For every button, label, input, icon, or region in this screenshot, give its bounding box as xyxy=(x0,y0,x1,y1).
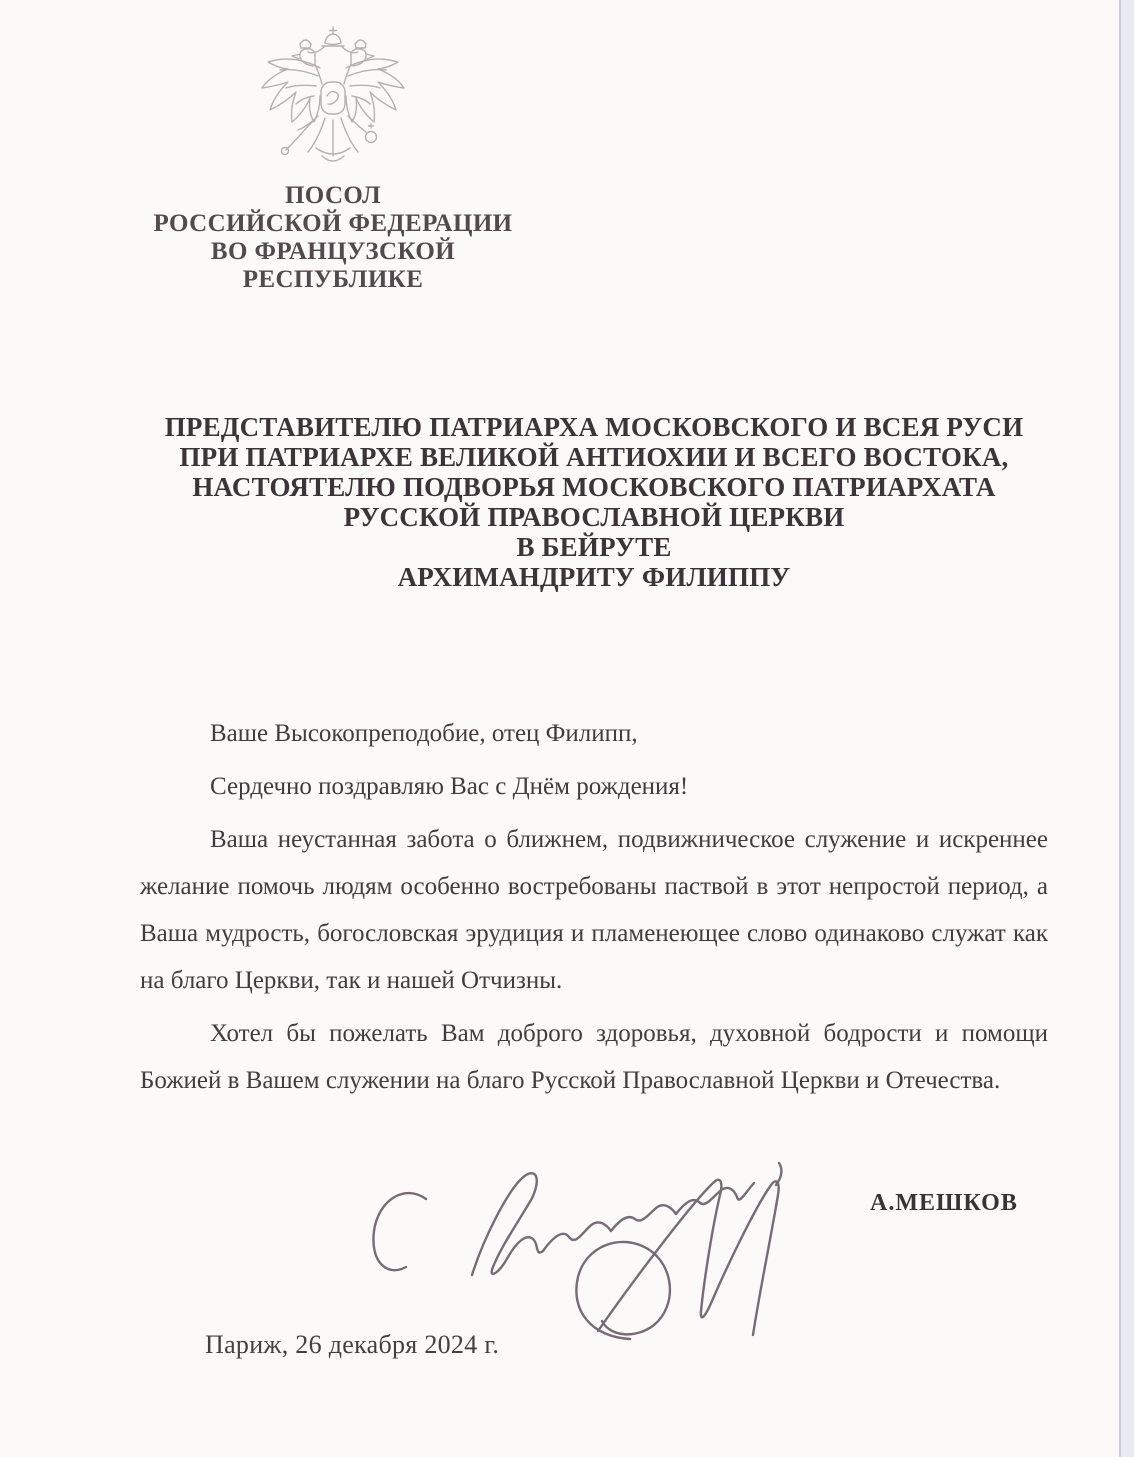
recipient-line-3: НАСТОЯТЕЛЮ ПОДВОРЬЯ МОСКОВСКОГО ПАТРИАРХ… xyxy=(140,472,1048,502)
letterhead: ПОСОЛ РОССИЙСКОЙ ФЕДЕРАЦИИ ВО ФРАНЦУЗСКО… xyxy=(128,24,538,294)
scan-edge xyxy=(1119,0,1134,1457)
recipient-line-1: ПРЕДСТАВИТЕЛЮ ПАТРИАРХА МОСКОВСКОГО И ВС… xyxy=(140,412,1048,442)
letterhead-line-2: РОССИЙСКОЙ ФЕДЕРАЦИИ xyxy=(128,210,538,238)
body-paragraph-2: Хотел бы пожелать Вам доброго здоровья, … xyxy=(140,1010,1048,1104)
handwritten-signature xyxy=(330,1125,850,1360)
salutation-line-1: Ваше Высокопреподобие, отец Филипп, xyxy=(140,710,1048,757)
salutation-line-2: Сердечно поздравляю Вас с Днём рождения! xyxy=(140,763,1048,810)
recipient-line-2: ПРИ ПАТРИАРХЕ ВЕЛИКОЙ АНТИОХИИ И ВСЕГО В… xyxy=(140,442,1048,472)
letterhead-line-3: ВО ФРАНЦУЗСКОЙ РЕСПУБЛИКЕ xyxy=(128,238,538,294)
recipient-line-6: АРХИМАНДРИТУ ФИЛИППУ xyxy=(140,562,1048,592)
handwritten-closing-text: С уважением, xyxy=(0,0,1,1)
letterhead-line-1: ПОСОЛ xyxy=(128,182,538,210)
recipient-line-5: В БЕЙРУТЕ xyxy=(140,532,1048,562)
signer-name: А.МЕШКОВ xyxy=(870,1190,1060,1217)
body-paragraph-1: Ваша неустанная забота о ближнем, подвиж… xyxy=(140,816,1048,1004)
recipient-line-4: РУССКОЙ ПРАВОСЛАВНОЙ ЦЕРКВИ xyxy=(140,502,1048,532)
recipient-block: ПРЕДСТАВИТЕЛЮ ПАТРИАРХА МОСКОВСКОГО И ВС… xyxy=(140,412,1048,592)
scanned-letter: ПОСОЛ РОССИЙСКОЙ ФЕДЕРАЦИИ ВО ФРАНЦУЗСКО… xyxy=(0,0,1134,1457)
double-headed-eagle-icon xyxy=(257,24,409,172)
dateline: Париж, 26 декабря 2024 г. xyxy=(205,1330,499,1360)
letter-body: Ваше Высокопреподобие, отец Филипп, Серд… xyxy=(140,710,1048,1110)
